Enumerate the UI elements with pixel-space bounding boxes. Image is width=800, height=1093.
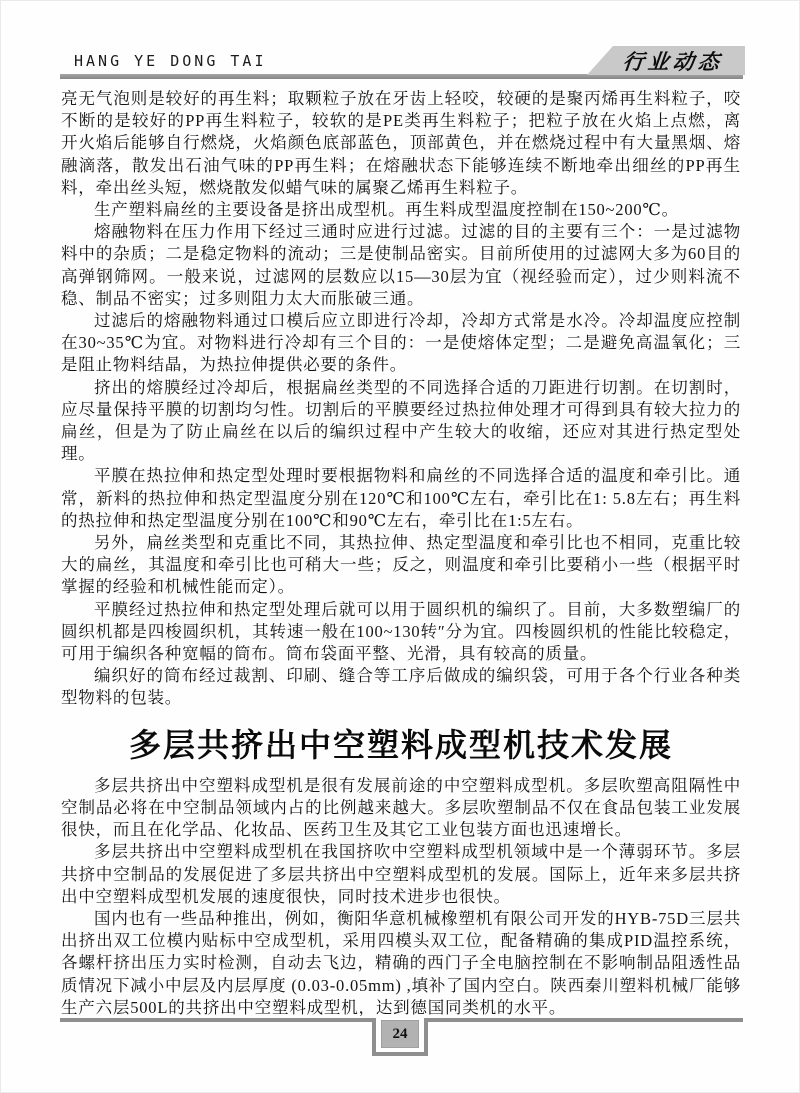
page-content: 亮无气泡则是较好的再生料；取颗粒子放在牙齿上轻咬，较硬的是聚丙烯再生料粒子，咬不… [61, 88, 741, 1016]
page-number: 24 [381, 1020, 419, 1048]
section-tab: 行业动态 [587, 46, 745, 75]
page-header: HANG YE DONG TAI 行业动态 [60, 44, 745, 79]
article-title: 多层共挤出中空塑料成型机技术发展 [61, 720, 741, 766]
body-paragraph: 过滤后的熔融物料通过口模后应立即进行冷却，冷却方式常是水冷。冷却温度应控制在30… [61, 310, 741, 377]
body-paragraph: 多层共挤出中空塑料成型机在我国挤吹中空塑料成型机领域中是一个薄弱环节。多层共挤中… [61, 841, 741, 908]
header-latin-title: HANG YE DONG TAI [74, 52, 267, 70]
page-number-box: 24 [372, 1018, 428, 1056]
page: HANG YE DONG TAI 行业动态 亮无气泡则是较好的再生料；取颗粒子放… [0, 0, 800, 1093]
body-paragraph: 编织好的筒布经过裁割、印刷、缝合等工序后做成的编织袋，可用于各个行业各种类型物料… [61, 665, 741, 709]
body-paragraph: 挤出的熔膜经过冷却后，根据扁丝类型的不同选择合适的刀距进行切割。在切割时，应尽量… [61, 377, 741, 466]
body-paragraph: 生产塑料扁丝的主要设备是挤出成型机。再生料成型温度控制在150~200℃。 [61, 199, 741, 221]
body-paragraph: 另外，扁丝类型和克重比不同，其热拉伸、热定型温度和牵引比也不相同，克重比较大的扁… [61, 532, 741, 599]
body-paragraph: 国内也有一些品种推出，例如，衡阳华意机械橡塑机有限公司开发的HYB-75D三层共… [61, 908, 741, 1016]
body-paragraph: 多层共挤出中空塑料成型机是很有发展前途的中空塑料成型机。多层吹塑高阻隔性中空制品… [61, 775, 741, 842]
body-paragraph: 熔融物料在压力作用下经过三通时应进行过滤。过滤的目的主要有三个：一是过滤物料中的… [61, 221, 741, 310]
body-paragraph: 平膜经过热拉伸和热定型处理后就可以用于圆织机的编织了。目前，大多数塑编厂的圆织机… [61, 599, 741, 666]
body-paragraph: 亮无气泡则是较好的再生料；取颗粒子放在牙齿上轻咬，较硬的是聚丙烯再生料粒子，咬不… [61, 88, 741, 199]
section-tab-label: 行业动态 [607, 46, 724, 76]
body-paragraph: 平膜在热拉伸和热定型处理时要根据物料和扁丝的不同选择合适的温度和牵引比。通常，新… [61, 465, 741, 532]
